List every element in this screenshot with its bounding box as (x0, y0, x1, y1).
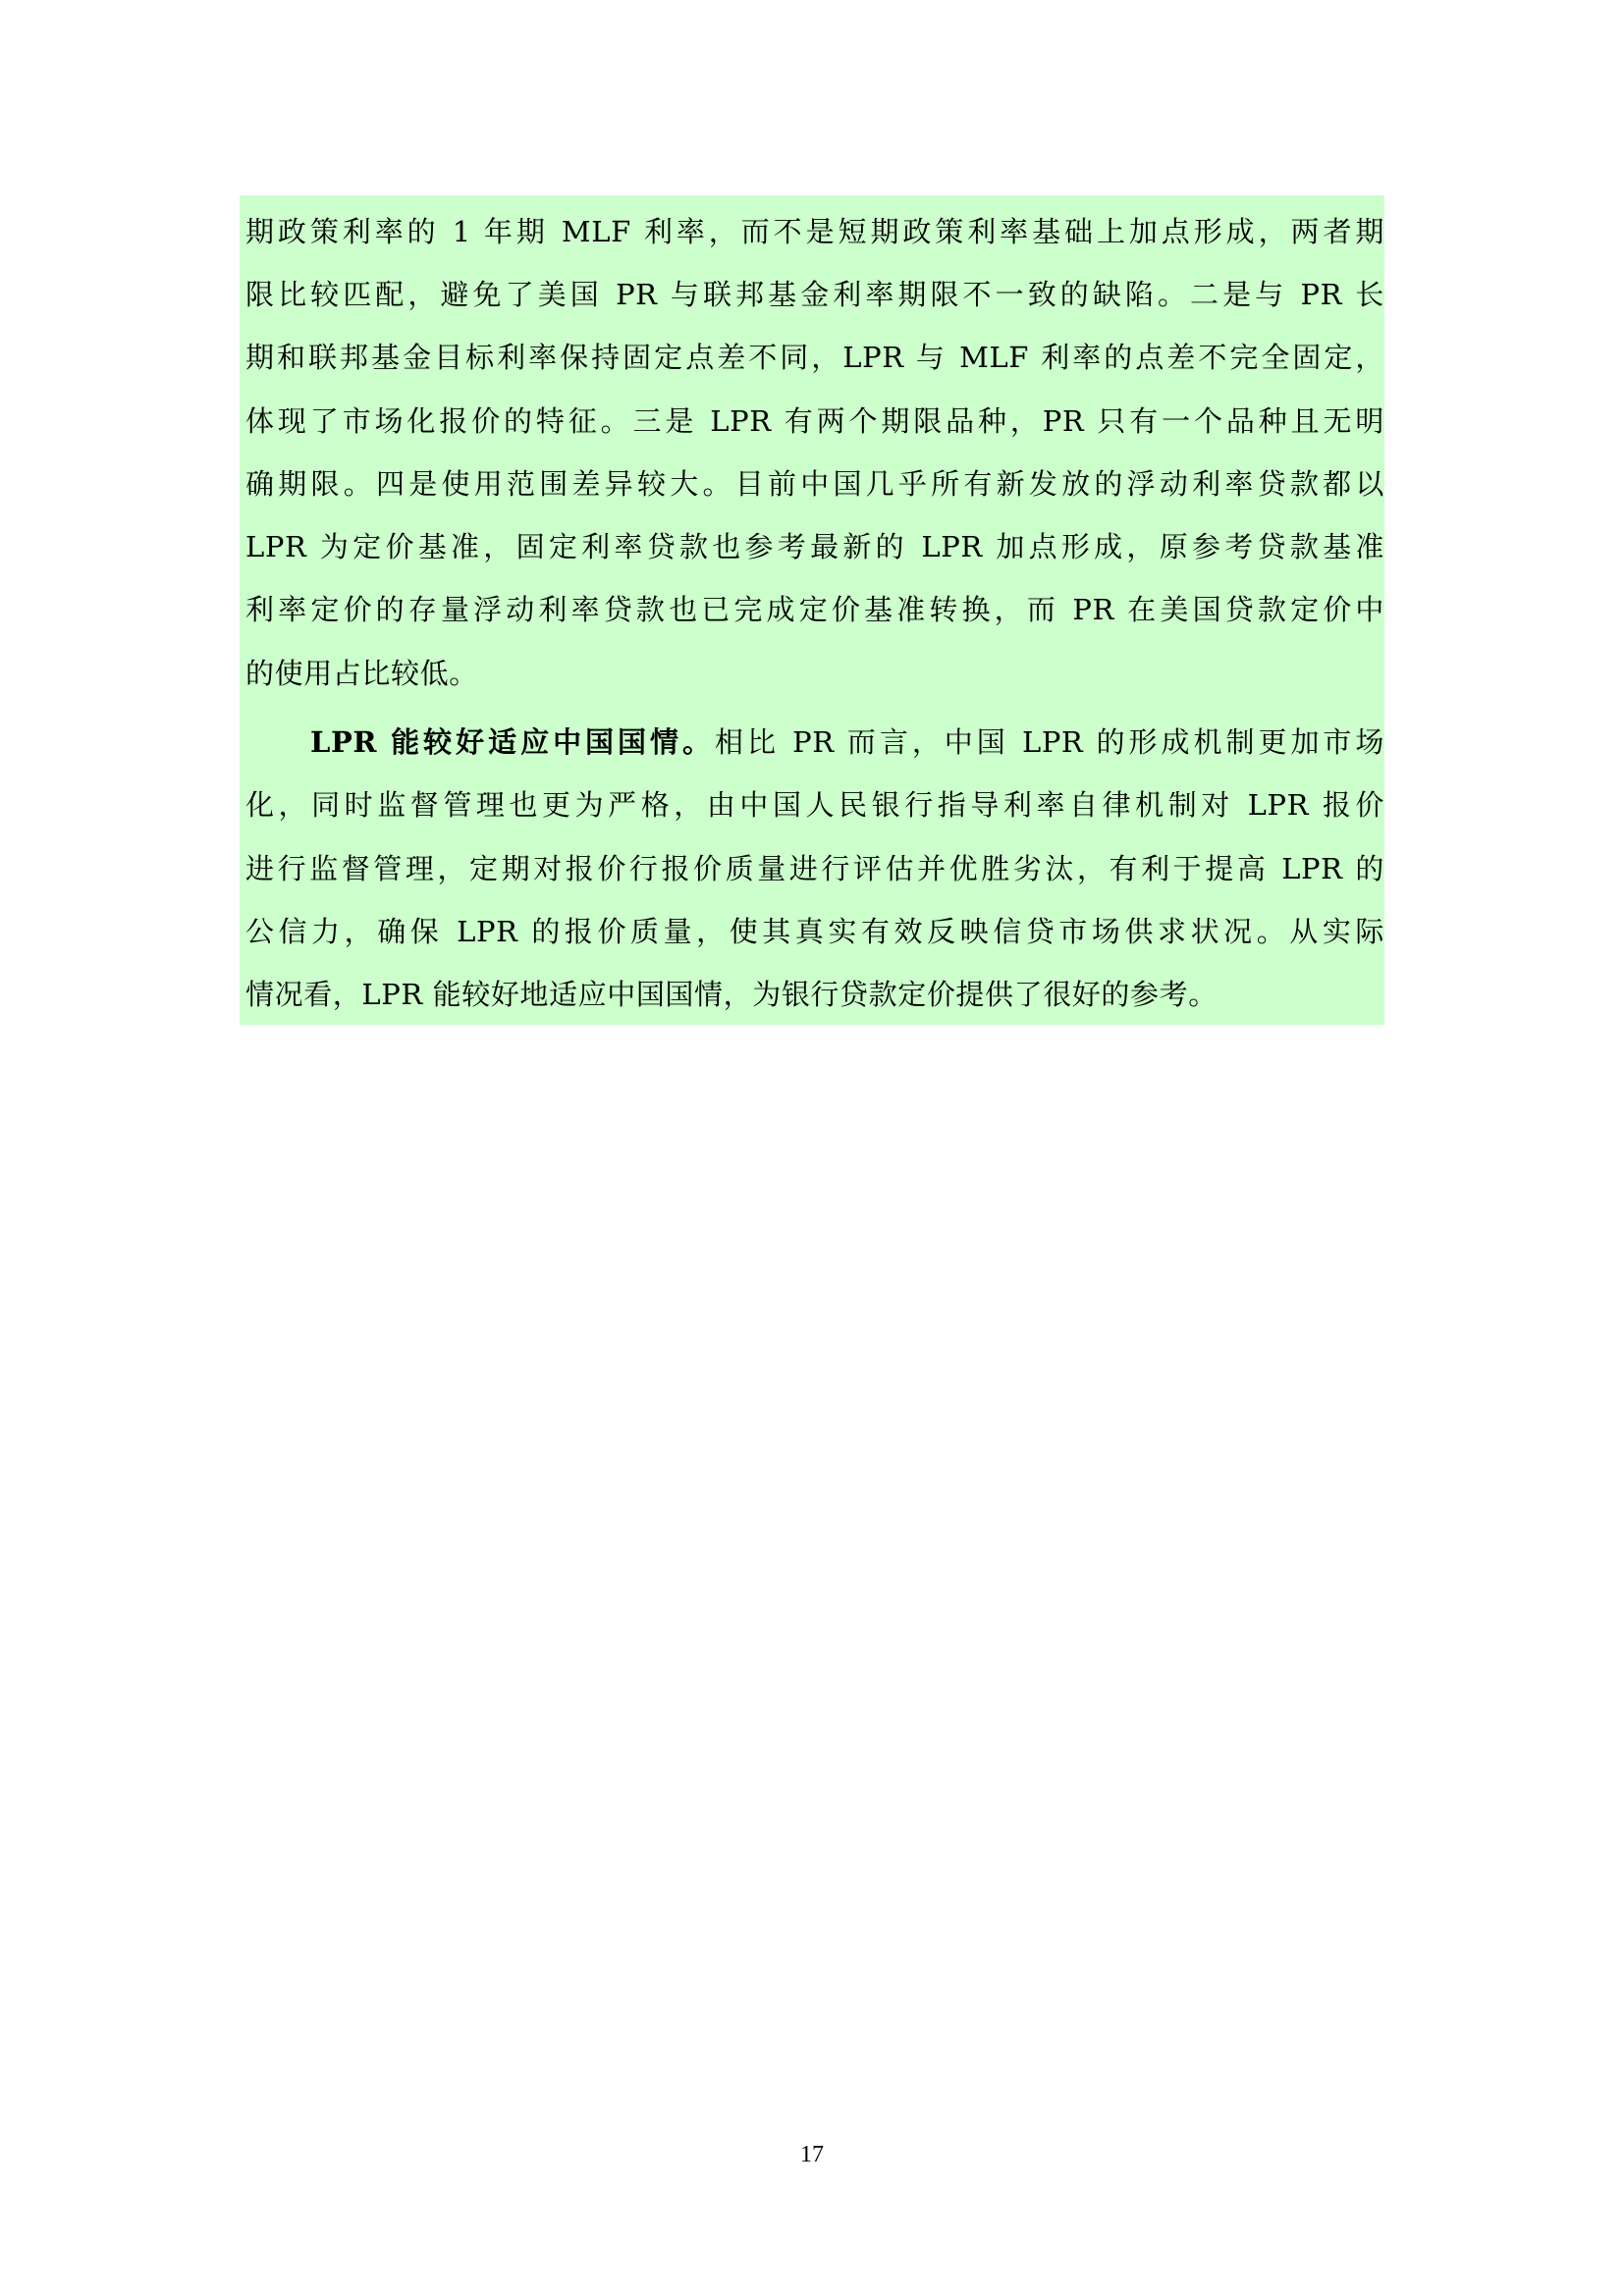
text-line: 限比较匹配，避免了美国 PR 与联邦基金利率期限不一致的缺陷。二是与 PR 长 (245, 275, 1384, 314)
text-line: 进行监督管理，定期对报价行报价质量进行评估并优胜劣汰，有利于提高 LPR 的 (245, 849, 1384, 888)
text-line: 化，同时监督管理也更为严格，由中国人民银行指导利率自律机制对 LPR 报价 (245, 785, 1384, 825)
text-line: 的使用占比较低。 (245, 654, 1384, 693)
text-line: LPR 为定价基准，固定利率贷款也参考最新的 LPR 加点形成，原参考贷款基准 (245, 527, 1384, 566)
paragraph-heading: LPR 能较好适应中国国情。 (310, 725, 715, 759)
text-line-first: LPR 能较好适应中国国情。相比 PR 而言，中国 LPR 的形成机制更加市场 (310, 722, 1384, 762)
paragraph-text: 相比 PR 而言，中国 LPR 的形成机制更加市场 (715, 725, 1384, 759)
text-line: 期政策利率的 1 年期 MLF 利率，而不是短期政策利率基础上加点形成，两者期 (245, 212, 1384, 251)
text-line: 期和联邦基金目标利率保持固定点差不同，LPR 与 MLF 利率的点差不完全固定， (245, 338, 1384, 377)
text-line: 利率定价的存量浮动利率贷款也已完成定价基准转换，而 PR 在美国贷款定价中 (245, 590, 1384, 629)
text-line: 情况看，LPR 能较好地适应中国国情，为银行贷款定价提供了很好的参考。 (245, 975, 1384, 1014)
text-line: 确期限。四是使用范围差异较大。目前中国几乎所有新发放的浮动利率贷款都以 (245, 464, 1384, 504)
page-number: 17 (0, 2140, 1624, 2169)
text-line: 公信力，确保 LPR 的报价质量，使其真实有效反映信贷市场供求状况。从实际 (245, 912, 1384, 951)
text-line: 体现了市场化报价的特征。三是 LPR 有两个期限品种，PR 只有一个品种且无明 (245, 401, 1384, 441)
